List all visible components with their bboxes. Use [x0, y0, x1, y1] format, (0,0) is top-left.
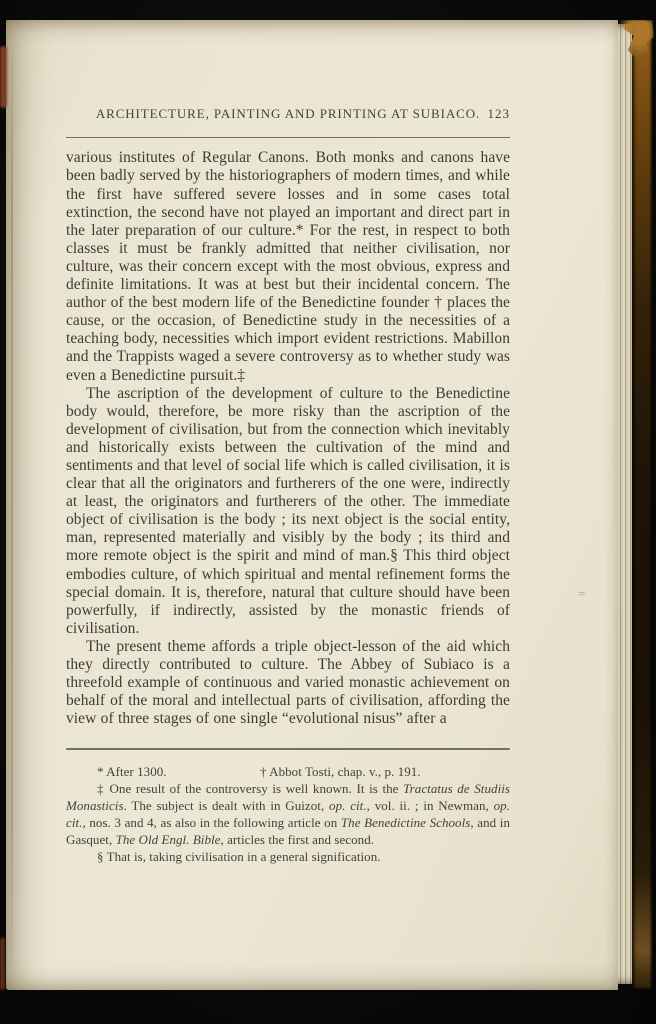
running-header: ARCHITECTURE, PAINTING AND PRINTING AT S… — [66, 106, 510, 123]
book-photo: ARCHITECTURE, PAINTING AND PRINTING AT S… — [0, 0, 656, 1024]
footnote-section: § That is, taking civilisation in a gene… — [66, 848, 510, 865]
paragraph-1: various institutes of Regular Canons. Bo… — [66, 149, 510, 384]
header-rule — [66, 137, 510, 138]
page-content: ARCHITECTURE, PAINTING AND PRINTING AT S… — [66, 106, 510, 865]
book-page: ARCHITECTURE, PAINTING AND PRINTING AT S… — [6, 20, 618, 990]
footnote-row: * After 1300. † Abbot Tosti, chap. v., p… — [66, 763, 510, 780]
book-cover-edge — [632, 21, 653, 989]
footnote-dagger: † Abbot Tosti, chap. v., p. 191. — [260, 763, 421, 780]
running-header-title: ARCHITECTURE, PAINTING AND PRINTING AT S… — [96, 106, 480, 121]
paragraph-3: The present theme affords a triple objec… — [66, 638, 510, 728]
footnote-star: * After 1300. — [97, 764, 167, 779]
footnote-double-dagger: ‡ One result of the controversy is well … — [66, 780, 510, 848]
page-stack-edge — [618, 24, 632, 984]
body-text: various institutes of Regular Canons. Bo… — [66, 149, 510, 728]
spine-edge-top — [0, 46, 7, 108]
margin-pencil-mark: = — [578, 586, 585, 602]
page-number: 123 — [488, 106, 511, 122]
paragraph-2: The ascription of the development of cul… — [66, 385, 510, 638]
footnote-separator-rule — [66, 748, 510, 749]
page-crease — [11, 20, 13, 990]
footnotes: * After 1300. † Abbot Tosti, chap. v., p… — [66, 763, 510, 865]
spine-edge-bottom — [0, 938, 5, 990]
